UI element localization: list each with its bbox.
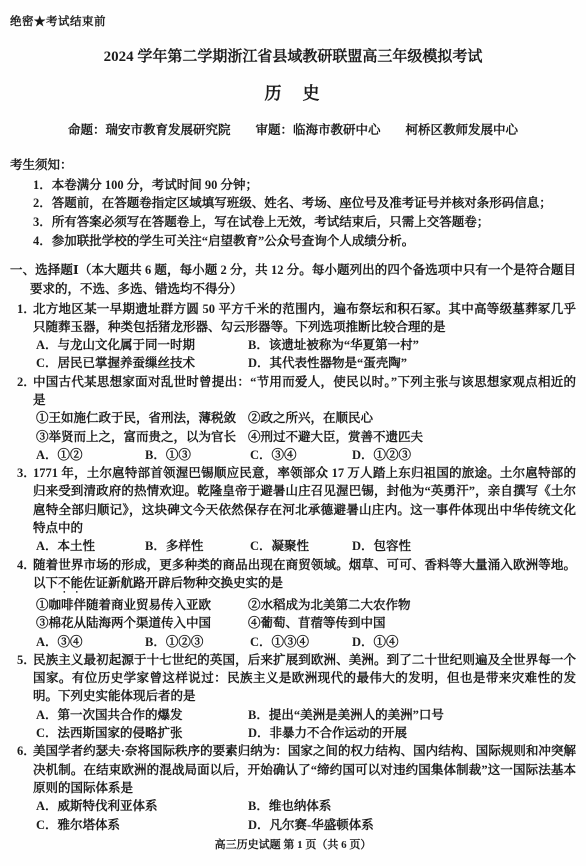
item-row: ③举贤而上之，富而贵之，以为官长 ④刑过不避大臣，赏善不遗匹夫 xyxy=(33,428,576,446)
emphasized-text: 不能 xyxy=(58,576,83,590)
question-number: 5． xyxy=(17,651,36,669)
option-c: C．①③④ xyxy=(250,633,352,651)
option-d: D．凡尔赛-华盛顿体系 xyxy=(248,816,374,834)
question-6: 6． 美国学者约瑟夫·奈将国际秩序的要素归纳为：国家之间的权力结构、国内结构、国… xyxy=(0,742,576,833)
committee-line: 命题：瑞安市教育发展研究院 审题：临海市教研中心 柯桥区教师发展中心 xyxy=(0,120,586,138)
item-3: ③棉花从陆海两个渠道传入中国 xyxy=(36,614,248,632)
item-3: ③举贤而上之，富而贵之，以为官长 xyxy=(36,428,248,446)
option-row: C．法西斯国家的侵略扩张 D．非暴力不合作运动的开展 xyxy=(33,724,576,742)
item-row: ③棉花从陆海两个渠道传入中国 ④葡萄、苜蓿等传到中国 xyxy=(33,614,576,632)
notice-heading: 考生须知： xyxy=(10,156,586,175)
security-classification: 绝密★考试结束前 xyxy=(10,13,586,29)
notice-list: 1．本卷满分 100 分，考试时间 90 分钟； 2．答题前，在答题卷指定区域填… xyxy=(33,176,576,251)
item-2: ②水稻成为北美第二大农作物 xyxy=(248,596,411,614)
question-1: 1． 北方地区某一早期遗址群方圆 50 平方千米的范围内，遍布祭坛和积石冢。其中… xyxy=(0,300,576,373)
option-b: B．提出“美洲是美洲人的美洲”口号 xyxy=(248,706,444,724)
exam-paper-page: 绝密★考试结束前 2024 学年第二学期浙江省县域教研联盟高三年级模拟考试 历 … xyxy=(0,0,586,866)
item-1: ①咖啡伴随着商业贸易传入亚欧 xyxy=(36,596,248,614)
option-row: A．与龙山文化属于同一时期 B．该遗址被称为“华夏第一村” xyxy=(33,336,576,354)
option-a: A．威斯特伐利亚体系 xyxy=(36,797,248,815)
option-row: A．本土性 B．多样性 C．凝聚性 D．包容性 xyxy=(33,537,576,555)
option-b: B．①②③ xyxy=(145,633,250,651)
question-list: 1． 北方地区某一早期遗址群方圆 50 平方千米的范围内，遍布祭坛和积石冢。其中… xyxy=(0,300,576,834)
option-d: D．非暴力不合作运动的开展 xyxy=(248,724,407,742)
option-row: A．①② B．①③ C．③④ D．①②③ xyxy=(33,446,576,464)
option-a: A．本土性 xyxy=(36,537,145,555)
option-row: A．威斯特伐利亚体系 B．维也纳体系 xyxy=(33,797,576,815)
question-4: 4． 随着世界市场的形成，更多种类的商品出现在商贸领域。烟草、可可、香料等大量涌… xyxy=(0,556,576,651)
question-number: 1． xyxy=(17,300,36,318)
option-d: D．其代表性器物是“蛋壳陶” xyxy=(248,354,407,372)
option-b: B．多样性 xyxy=(145,537,250,555)
item-row: ①咖啡伴随着商业贸易传入亚欧 ②水稻成为北美第二大农作物 xyxy=(33,596,576,614)
subject-title: 历 史 xyxy=(0,79,586,104)
section1-heading: 一、选择题Ⅰ（本大题共 6 题，每小题 2 分，共 12 分。每小题列出的四个备… xyxy=(10,261,576,298)
exam-title: 2024 学年第二学期浙江省县域教研联盟高三年级模拟考试 xyxy=(10,45,576,66)
question-stem: 美国学者约瑟夫·奈将国际秩序的要素归纳为：国家之间的权力结构、国内结构、国际规则… xyxy=(33,742,576,797)
item-4: ④葡萄、苜蓿等传到中国 xyxy=(248,614,386,632)
notice-item-3: 3．所有答案必须写在答题卷上，写在试卷上无效，考试结束后，只需上交答题卷； xyxy=(33,213,576,232)
page-footer: 高三历史试题 第 1 页（共 6 页） xyxy=(0,836,586,852)
item-2: ②政之所兴，在顺民心 xyxy=(248,409,373,427)
item-1: ①王如施仁政于民，省刑法，薄税敛 xyxy=(36,409,248,427)
notice-item-4: 4．参加联批学校的学生可关注“启望教育”公众号查询个人成绩分析。 xyxy=(33,232,576,251)
question-number: 3． xyxy=(17,464,36,482)
question-number: 4． xyxy=(17,556,36,574)
question-stem: 民族主义最初起源于十七世纪的英国，后来扩展到欧洲、美洲。到了二十世纪则遍及全世界… xyxy=(33,651,576,706)
question-stem: 北方地区某一早期遗址群方圆 50 平方千米的范围内，遍布祭坛和积石冢。其中高等级… xyxy=(33,300,576,337)
option-c: C．居民已掌握养蚕缫丝技术 xyxy=(36,354,248,372)
question-number: 6． xyxy=(17,742,36,760)
question-number: 2． xyxy=(17,373,36,391)
option-d: D．包容性 xyxy=(352,537,411,555)
option-row: A．第一次国共合作的爆发 B．提出“美洲是美洲人的美洲”口号 xyxy=(33,706,576,724)
notice-item-1: 1．本卷满分 100 分，考试时间 90 分钟； xyxy=(33,176,576,195)
question-stem: 中国古代某思想家面对乱世时曾提出：“节用而爱人，使民以时。”下列主张与该思想家观… xyxy=(33,373,576,410)
option-a: A．③④ xyxy=(36,633,145,651)
option-c: C．雅尔塔体系 xyxy=(36,816,248,834)
item-4: ④刑过不避大臣，赏善不遗匹夫 xyxy=(248,428,423,446)
question-3: 3． 1771 年，土尔扈特部首领渥巴锡顺应民意，率领部众 17 万人踏上东归祖… xyxy=(0,464,576,555)
question-2: 2． 中国古代某思想家面对乱世时曾提出：“节用而爱人，使民以时。”下列主张与该思… xyxy=(0,373,576,464)
option-d: D．①②③ xyxy=(352,446,411,464)
option-b: B．①③ xyxy=(145,446,250,464)
option-a: A．①② xyxy=(36,446,145,464)
option-b: B．维也纳体系 xyxy=(248,797,331,815)
stem-text: 佐证新航路开辟后物种交换史实的是 xyxy=(83,576,283,590)
question-stem: 随着世界市场的形成，更多种类的商品出现在商贸领域。烟草、可可、香料等大量涌入欧洲… xyxy=(33,556,576,596)
option-c: C．③④ xyxy=(250,446,352,464)
option-d: D．①④ xyxy=(352,633,399,651)
question-5: 5． 民族主义最初起源于十七世纪的英国，后来扩展到欧洲、美洲。到了二十世纪则遍及… xyxy=(0,651,576,742)
item-row: ①王如施仁政于民，省刑法，薄税敛 ②政之所兴，在顺民心 xyxy=(33,409,576,427)
notice-item-2: 2．答题前，在答题卷指定区域填写班级、姓名、考场、座位号及准考证号并核对条形码信… xyxy=(33,194,576,213)
option-row: C．雅尔塔体系 D．凡尔赛-华盛顿体系 xyxy=(33,816,576,834)
option-a: A．第一次国共合作的爆发 xyxy=(36,706,248,724)
option-c: C．法西斯国家的侵略扩张 xyxy=(36,724,248,742)
question-stem: 1771 年，土尔扈特部首领渥巴锡顺应民意，率领部众 17 万人踏上东归祖国的旅… xyxy=(33,464,576,537)
option-row: C．居民已掌握养蚕缫丝技术 D．其代表性器物是“蛋壳陶” xyxy=(33,354,576,372)
option-b: B．该遗址被称为“华夏第一村” xyxy=(248,336,419,354)
option-c: C．凝聚性 xyxy=(250,537,352,555)
option-a: A．与龙山文化属于同一时期 xyxy=(36,336,248,354)
option-row: A．③④ B．①②③ C．①③④ D．①④ xyxy=(33,633,576,651)
